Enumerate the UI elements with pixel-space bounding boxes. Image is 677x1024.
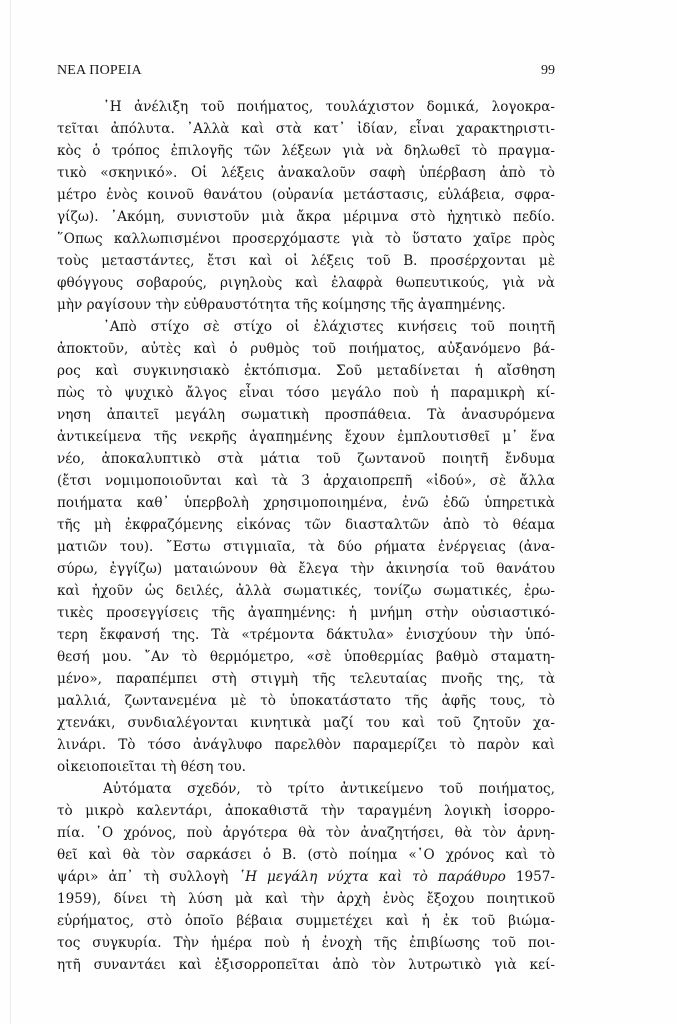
text-line: Αὐτόματα σχεδόν, τὸ τρίτο ἀντικείμενο το… bbox=[57, 778, 555, 800]
text-line: ἀντικείμενα τῆς νεκρῆς ἀγαπημένης ἔχουν … bbox=[57, 426, 555, 448]
paragraph-1: ῾Η ἀνέλιξη τοῦ ποιήματος, τουλάχιστον δο… bbox=[57, 96, 555, 316]
text-line: θεῖ καὶ θὰ τὸν σαρκάσει ὁ Β. (στὸ ποίημα… bbox=[57, 844, 555, 866]
text-segment: ψάρι» ἀπ᾿ τὴ συλλογὴ bbox=[57, 869, 238, 885]
text-line: γίζω). ᾿Ακόμη, συνιστοῦν μιὰ ἄκρα μέριμν… bbox=[57, 206, 555, 228]
text-line: ἀποκτοῦν, αὐτὲς καὶ ὁ ρυθμὸς τοῦ ποιήματ… bbox=[57, 338, 555, 360]
text-line: καὶ ἠχοῦν ὡς δειλές, ἀλλὰ σωματικές, τον… bbox=[57, 580, 555, 602]
text-line: ρος καὶ συγκινησιακὸ ἐκτόπισμα. Σοῦ μετα… bbox=[57, 360, 555, 382]
text-line: μὴν ραγίσουν τὴν εὐθραυστότητα τῆς κοίμη… bbox=[57, 294, 555, 316]
text-line: ῾Η ἀνέλιξη τοῦ ποιήματος, τουλάχιστον δο… bbox=[57, 96, 555, 118]
text-segment: 1957- bbox=[506, 869, 555, 885]
book-title: ῾Η μεγάλη νύχτα καὶ τὸ παράθυρο bbox=[238, 869, 505, 885]
text-line: νηση ἀπαιτεῖ μεγάλη σωματικὴ προσπάθεια.… bbox=[57, 404, 555, 426]
text-line: φθόγγους σοβαρούς, ριγηλοὺς καὶ ἐλαφρὰ θ… bbox=[57, 272, 555, 294]
paragraph-3: Αὐτόματα σχεδόν, τὸ τρίτο ἀντικείμενο το… bbox=[57, 778, 555, 976]
text-line: μαλλιά, ζωντανεμένα μὲ τὸ ὑποκατάστατο τ… bbox=[57, 690, 555, 712]
text-line: ητῆ συναντάει καὶ ἐξισορροπεῖται ἀπὸ τὸν… bbox=[57, 954, 555, 976]
text-line: τοὺς μεταστάντες, ἔτσι καὶ οἱ λέξεις τοῦ… bbox=[57, 250, 555, 272]
text-line: οἰκειοποιεῖται τὴ θέση του. bbox=[57, 756, 555, 778]
body-text: ῾Η ἀνέλιξη τοῦ ποιήματος, τουλάχιστον δο… bbox=[57, 96, 555, 976]
text-line-with-title: ψάρι» ἀπ᾿ τὴ συλλογὴ ῾Η μεγάλη νύχτα καὶ… bbox=[57, 866, 555, 888]
text-line: μέτρο ἑνὸς κοινοῦ θανάτου (οὐρανία μετάσ… bbox=[57, 184, 555, 206]
page-edge bbox=[10, 0, 11, 1024]
paragraph-2: ᾿Απὸ στίχο σὲ στίχο οἱ ἐλάχιστες κινήσει… bbox=[57, 316, 555, 778]
text-line: κὸς ὁ τρόπος ἐπιλογῆς τῶν λέξεων γιὰ νὰ … bbox=[57, 140, 555, 162]
running-head: ΝΕΑ ΠΟΡΕΙΑ 99 bbox=[57, 63, 555, 83]
text-line: 1959), δίνει τὴ λύση μὰ καὶ τὴν ἀρχὴ ἑνὸ… bbox=[57, 888, 555, 910]
text-line: πία. ῾Ο χρόνος, ποὺ ἀργότερα θὰ τὸν ἀναζ… bbox=[57, 822, 555, 844]
text-line: σύρω, ἐγγίζω) ματαιώνουν θὰ ἔλεγα τὴν ἀκ… bbox=[57, 558, 555, 580]
text-line: θεσή μου. ῎Αν τὸ θερμόμετρο, «σὲ ὑποθερμ… bbox=[57, 646, 555, 668]
text-line: τικὲς προσεγγίσεις τῆς ἀγαπημένης: ἡ μνή… bbox=[57, 602, 555, 624]
text-line: τερη ἔκφανσή της. Τὰ «τρέμοντα δάκτυλα» … bbox=[57, 624, 555, 646]
text-line: ᾿Απὸ στίχο σὲ στίχο οἱ ἐλάχιστες κινήσει… bbox=[57, 316, 555, 338]
text-line: ποιήματα καθ᾿ ὑπερβολὴ χρησιμοποιημένα, … bbox=[57, 492, 555, 514]
journal-title: ΝΕΑ ΠΟΡΕΙΑ bbox=[57, 63, 142, 79]
text-line: νέο, ἀποκαλυπτικὸ στὰ μάτια τοῦ ζωντανοῦ… bbox=[57, 448, 555, 470]
text-line: τεῖται ἀπόλυτα. ᾿Αλλὰ καὶ στὰ κατ᾿ ἰδίαν… bbox=[57, 118, 555, 140]
text-line: τῆς μὴ ἐκφραζόμενης εἰκόνας τῶν διασταλτ… bbox=[57, 514, 555, 536]
page-number: 99 bbox=[541, 63, 555, 79]
text-line: λινάρι. Τὸ τόσο ἀνάγλυφο παρελθὸν παραμε… bbox=[57, 734, 555, 756]
text-line: ῞Οπως καλλωπισμένοι προσερχόμαστε γιὰ τὸ… bbox=[57, 228, 555, 250]
text-line: τος συγκυρία. Τὴν ἡμέρα ποὺ ἡ ἐνοχὴ τῆς … bbox=[57, 932, 555, 954]
text-line: ματιῶν του). ῎Εστω στιγμιαῖα, τὰ δύο ρήμ… bbox=[57, 536, 555, 558]
text-line: μένο», παραπέμπει στὴ στιγμὴ τῆς τελευτα… bbox=[57, 668, 555, 690]
text-line: εὑρήματος, στὸ ὁποῖο βέβαια συμμετέχει κ… bbox=[57, 910, 555, 932]
text-line: χτενάκι, συνδιαλέγονται κινητικὰ μαζί το… bbox=[57, 712, 555, 734]
text-line: τὸ μικρὸ καλεντάρι, ἀποκαθιστᾶ τὴν ταραγ… bbox=[57, 800, 555, 822]
text-line: πὼς τὸ ψυχικὸ ἄλγος εἶναι τόσο μεγάλο πο… bbox=[57, 382, 555, 404]
text-line: τικὸ «σκηνικό». Οἱ λέξεις ἀνακαλοῦν σαφὴ… bbox=[57, 162, 555, 184]
text-line: (ἔτσι νομιμοποιοῦνται καὶ τὰ 3 ἀρχαιοπρε… bbox=[57, 470, 555, 492]
